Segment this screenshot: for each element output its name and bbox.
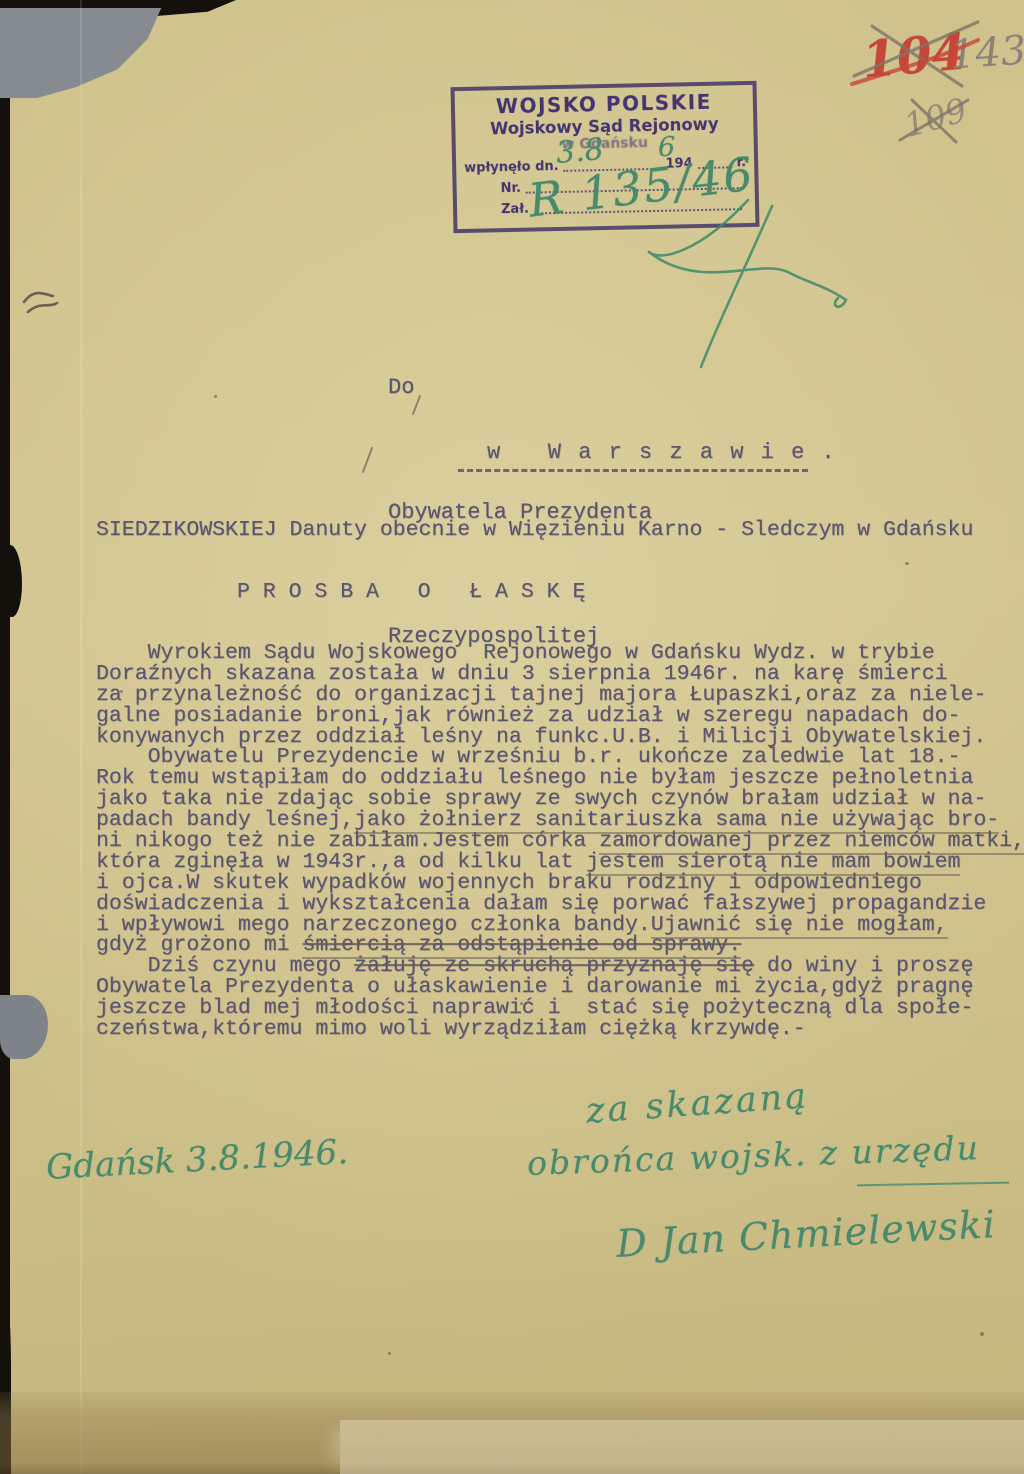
- body-line: galne posiadanie broni,jak również za ud…: [96, 706, 1008, 727]
- petitioner-line: SIEDZIKOWSKIEJ Danuty obecnie w Więzieni…: [96, 518, 973, 542]
- handwritten-role-ex-officio: z urzędu: [819, 1128, 980, 1173]
- role-underline: [857, 1182, 1009, 1187]
- stamp-nr-label: Nr.: [500, 181, 521, 196]
- city-dashed-underline: [458, 469, 808, 472]
- address-city: w W a r s z a w i e .: [487, 440, 837, 465]
- left-torn-edge: [0, 0, 10, 1474]
- scanned-document-page: WOJSKO POLSKIE Wojskowy Sąd Rejonowy w G…: [0, 0, 1024, 1474]
- left-edge-gray-stain: [0, 995, 48, 1059]
- handwritten-defender-role: obrońca wojsk. z urzędu: [526, 1128, 980, 1183]
- body-line: czeństwa,któremu mimo woli wyrządziłam c…: [96, 1019, 1008, 1040]
- body-line: jako taka nie zdając sobie sprawy ze swy…: [96, 789, 1008, 810]
- handwritten-signature: D Jan Chmielewski: [615, 1202, 997, 1266]
- paper-speck: [388, 1352, 391, 1355]
- left-edge-stain: [0, 545, 22, 617]
- body-line: doświadczenia i wykształcenia dałam się …: [96, 894, 1008, 915]
- vertical-fold-crease: [80, 0, 82, 1474]
- body-line: która zginęła w 1943r.,a od kilku lat je…: [96, 852, 1008, 873]
- body-text: Wyrokiem Sądu Wojskowego Rejonowego w Gd…: [96, 643, 1008, 1040]
- body-line: Obywatela Prezydenta o ułaskawienie i da…: [96, 977, 1008, 998]
- page-number-pencil-crossed: 109: [900, 90, 971, 145]
- body-text-segment: czeństwa,któremu mimo woli wyrządziłam c…: [96, 1017, 806, 1041]
- body-line: Wyrokiem Sądu Wojskowego Rejonowego w Gd…: [96, 643, 1008, 664]
- stamp-zal-label: Zał.: [501, 202, 529, 218]
- body-line: ni nikogo też nie zabiłam.Jestem córka z…: [96, 831, 1008, 852]
- bottom-tape-strip: [340, 1420, 1024, 1474]
- handwritten-role-text: obrońca wojsk.: [526, 1134, 820, 1183]
- paper-speck: [980, 1332, 984, 1336]
- pencil-scribble: [24, 293, 57, 312]
- petition-title: P R O S B A O Ł A S K Ę: [237, 580, 585, 604]
- body-line: za przynależność do organizacji tajnej m…: [96, 685, 1008, 706]
- paper-speck: [214, 395, 217, 398]
- address-to: Do: [388, 367, 652, 409]
- body-line: jeszcze blad mej młodości naprawić i sta…: [96, 998, 1008, 1019]
- body-line: padach bandy leśnej,jako żołnierz sanita…: [96, 810, 1008, 831]
- page-number-pencil: 143: [948, 27, 1024, 78]
- body-line: i ojca.W skutek wypadków wojennych braku…: [96, 873, 1008, 894]
- paper-speck: [905, 562, 909, 565]
- handwritten-place-date: Gdańsk 3.8.1946.: [45, 1132, 349, 1188]
- handwritten-for-convicted: za skazaną: [585, 1076, 810, 1131]
- top-left-gray-patch: [0, 8, 168, 98]
- body-line: Doraźnych skazana została w dniu 3 sierp…: [96, 664, 1008, 685]
